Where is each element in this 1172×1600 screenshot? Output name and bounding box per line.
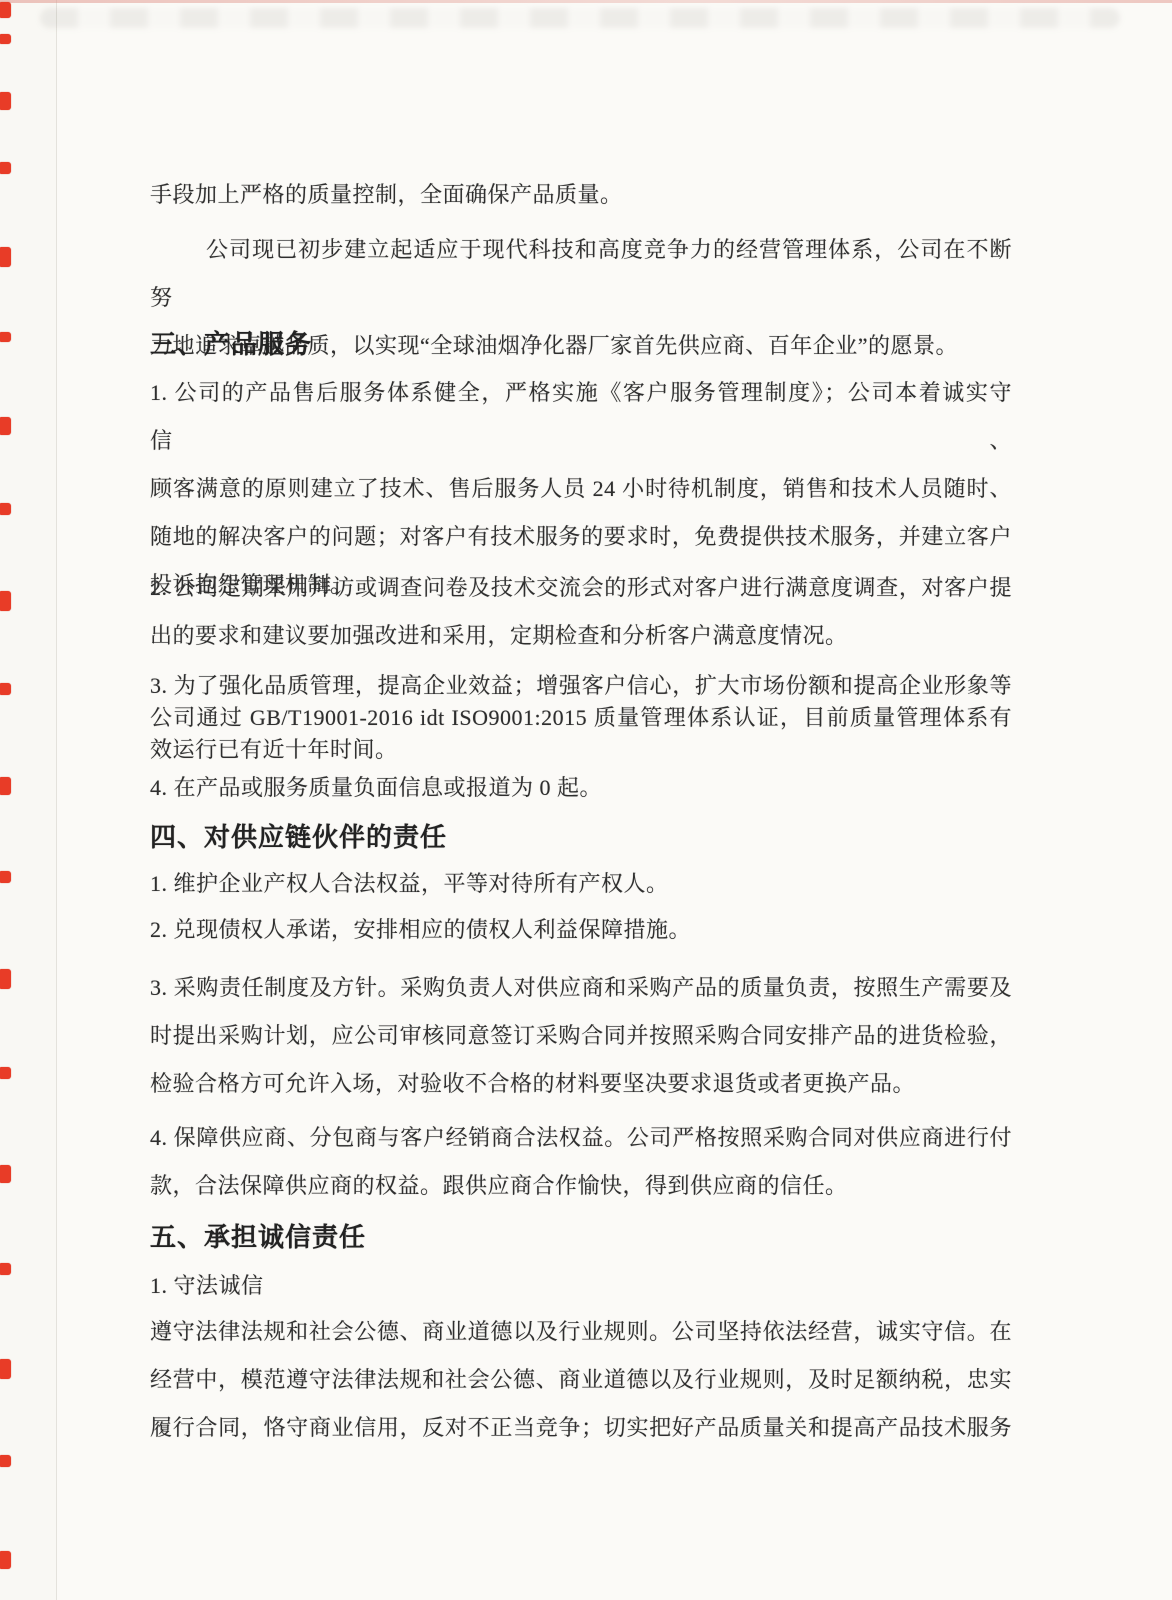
- red-edge-mark-icon: [0, 1067, 11, 1079]
- red-edge-mark-icon: [0, 34, 11, 44]
- text-line: 款，合法保障供应商的权益。跟供应商合作愉快，得到供应商的信任。: [150, 1162, 1012, 1210]
- text-line: 顾客满意的原则建立了技术、售后服务人员 24 小时待机制度，销售和技术人员随时、: [150, 465, 1012, 513]
- text-line: 3. 为了强化品质管理，提高企业效益；增强客户信心，扩大市场份额和提高企业形象等: [150, 670, 1012, 702]
- text-line: 出的要求和建议要加强改进和采用，定期检查和分析客户满意度情况。: [150, 612, 1012, 660]
- paragraph: 2. 公司定期采用拜访或调查问卷及技术交流会的形式对客户进行满意度调查，对客户提…: [150, 564, 1012, 660]
- red-edge-mark-icon: [0, 332, 11, 342]
- text-line: 1. 守法诚信: [150, 1262, 1012, 1310]
- paragraph: 4. 在产品或服务质量负面信息或报道为 0 起。: [150, 772, 1012, 804]
- red-edge-mark-icon: [0, 247, 11, 267]
- text-line: 手段加上严格的质量控制，全面确保产品质量。: [150, 171, 1012, 219]
- text-line: 1. 维护企业产权人合法权益，平等对待所有产权人。: [150, 860, 1012, 908]
- text-line: 2. 公司定期采用拜访或调查问卷及技术交流会的形式对客户进行满意度调查，对客户提: [150, 564, 1012, 612]
- document-text-block: 手段加上严格的质量控制，全面确保产品质量。公司现已初步建立起适应于现代科技和高度…: [150, 0, 1012, 1600]
- paragraph: 3. 为了强化品质管理，提高企业效益；增强客户信心，扩大市场份额和提高企业形象等…: [150, 670, 1012, 766]
- red-edge-mark-icon: [0, 683, 11, 695]
- red-edge-mark-icon: [0, 1455, 11, 1467]
- text-line: 五、承担诚信责任: [150, 1216, 1012, 1260]
- red-edge-mark-icon: [0, 969, 11, 989]
- red-edge-mark-icon: [0, 1263, 11, 1275]
- paragraph: 3. 采购责任制度及方针。采购负责人对供应商和采购产品的质量负责，按照生产需要及…: [150, 964, 1012, 1108]
- text-line: 效运行已有近十年时间。: [150, 734, 1012, 766]
- document-page: 手段加上严格的质量控制，全面确保产品质量。公司现已初步建立起适应于现代科技和高度…: [0, 0, 1172, 1600]
- text-line: 时提出采购计划，应公司审核同意签订采购合同并按照采购合同安排产品的进货检验，: [150, 1012, 1012, 1060]
- red-edge-mark-icon: [0, 1551, 11, 1569]
- red-edge-mark-icon: [0, 417, 11, 435]
- text-line: 公司现已初步建立起适应于现代科技和高度竞争力的经营管理体系，公司在不断努: [150, 226, 1012, 322]
- paragraph: 2. 兑现债权人承诺，安排相应的债权人利益保障措施。: [150, 906, 1012, 954]
- section-heading: 五、承担诚信责任: [150, 1216, 1012, 1260]
- section-heading: 三、产品服务: [150, 323, 1012, 367]
- text-line: 履行合同，恪守商业信用，反对不正当竞争；切实把好产品质量关和提高产品技术服务: [150, 1404, 1012, 1452]
- text-line: 随地的解决客户的问题；对客户有技术服务的要求时，免费提供技术服务，并建立客户: [150, 513, 1012, 561]
- text-line: 经营中，模范遵守法律法规和社会公德、商业道德以及行业规则，及时足额纳税，忠实: [150, 1356, 1012, 1404]
- text-line: 遵守法律法规和社会公德、商业道德以及行业规则。公司坚持依法经营，诚实守信。在: [150, 1308, 1012, 1356]
- text-line: 2. 兑现债权人承诺，安排相应的债权人利益保障措施。: [150, 906, 1012, 954]
- text-line: 4. 在产品或服务质量负面信息或报道为 0 起。: [150, 772, 1012, 804]
- paragraph: 手段加上严格的质量控制，全面确保产品质量。: [150, 171, 1012, 219]
- text-line: 三、产品服务: [150, 323, 1012, 367]
- text-line: 四、对供应链伙伴的责任: [150, 816, 1012, 860]
- paragraph: 遵守法律法规和社会公德、商业道德以及行业规则。公司坚持依法经营，诚实守信。在经营…: [150, 1308, 1012, 1452]
- red-edge-mark-icon: [0, 92, 11, 110]
- red-edge-mark-icon: [0, 162, 11, 174]
- paragraph: 1. 维护企业产权人合法权益，平等对待所有产权人。: [150, 860, 1012, 908]
- text-line: 公司通过 GB/T19001-2016 idt ISO9001:2015 质量管…: [150, 702, 1012, 734]
- section-heading: 四、对供应链伙伴的责任: [150, 816, 1012, 860]
- paragraph: 1. 守法诚信: [150, 1262, 1012, 1310]
- red-edge-mark-icon: [0, 1359, 11, 1379]
- text-line: 检验合格方可允许入场，对验收不合格的材料要坚决要求退货或者更换产品。: [150, 1060, 1012, 1108]
- text-line: 3. 采购责任制度及方针。采购负责人对供应商和采购产品的质量负责，按照生产需要及: [150, 964, 1012, 1012]
- red-edge-mark-icon: [0, 2, 11, 18]
- text-line: 4. 保障供应商、分包商与客户经销商合法权益。公司严格按照采购合同对供应商进行付: [150, 1114, 1012, 1162]
- red-edge-mark-icon: [0, 1165, 11, 1183]
- red-edge-mark-icon: [0, 871, 11, 883]
- red-edge-mark-icon: [0, 591, 11, 611]
- red-edge-mark-icon: [0, 503, 11, 515]
- red-edge-mark-icon: [0, 777, 11, 795]
- paragraph: 4. 保障供应商、分包商与客户经销商合法权益。公司严格按照采购合同对供应商进行付…: [150, 1114, 1012, 1210]
- text-line: 1. 公司的产品售后服务体系健全，严格实施《客户服务管理制度》；公司本着诚实守信…: [150, 369, 1012, 465]
